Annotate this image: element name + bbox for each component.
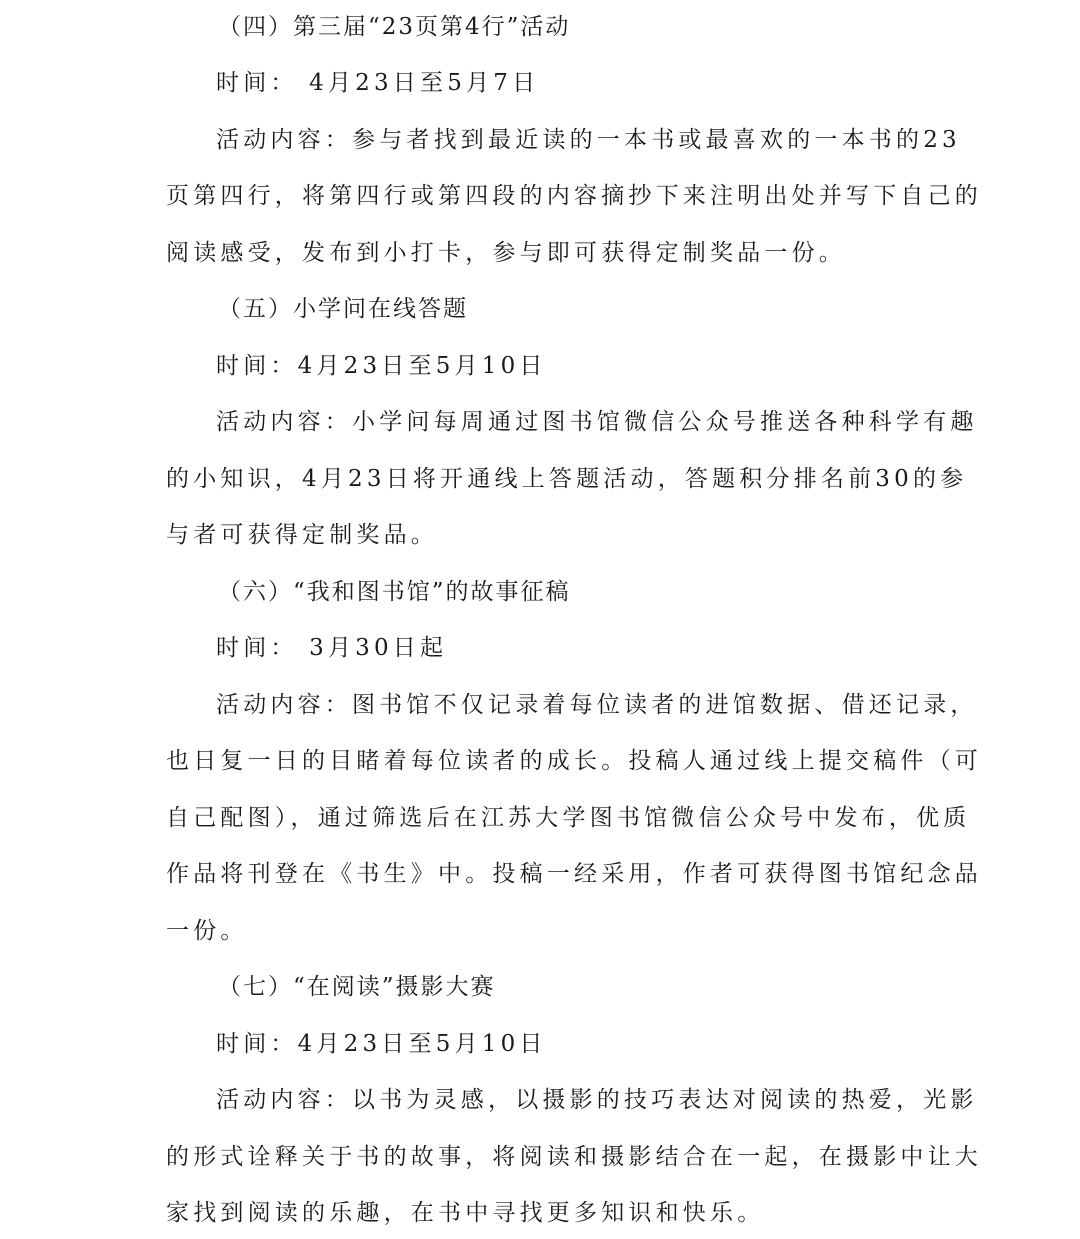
section-content-line: 也日复一日的目睹着每位读者的成长。投稿人通过线上提交稿件（可 xyxy=(166,746,918,776)
section-content-line: 活动内容：以书为灵感，以摄影的技巧表达对阅读的热爱，光影 xyxy=(216,1085,918,1115)
section-heading: （五）小学问在线答题 xyxy=(218,294,468,324)
section-content-line: 页第四行，将第四行或第四段的内容摘抄下来注明出处并写下自己的 xyxy=(166,181,918,211)
section-content-line: 的小知识，4月23日将开通线上答题活动，答题积分排名前30的参 xyxy=(166,464,918,494)
section-content-line: 的形式诠释关于书的故事，将阅读和摄影结合在一起，在摄影中让大 xyxy=(166,1142,918,1172)
section-heading: （六）“我和图书馆”的故事征稿 xyxy=(218,577,571,607)
section-content-line: 活动内容：参与者找到最近读的一本书或最喜欢的一本书的23 xyxy=(216,125,918,155)
section-content-line: 与者可获得定制奖品。 xyxy=(166,520,438,550)
section-content-line: 一份。 xyxy=(166,916,248,946)
section-time: 时间： 3月30日起 xyxy=(216,633,447,663)
section-content-line: 阅读感受，发布到小打卡，参与即可获得定制奖品一份。 xyxy=(166,238,846,268)
section-content-line: 作品将刊登在《书生》中。投稿一经采用，作者可获得图书馆纪念品 xyxy=(166,859,918,889)
section-content-line: 活动内容：图书馆不仅记录着每位读者的进馆数据、借还记录， xyxy=(216,690,918,720)
section-content-line: 活动内容：小学问每周通过图书馆微信公众号推送各种科学有趣 xyxy=(216,407,918,437)
section-heading: （七）“在阅读”摄影大赛 xyxy=(218,972,496,1002)
section-time: 时间： 4月23日至5月7日 xyxy=(216,68,539,98)
section-content-line: 家找到阅读的乐趣，在书中寻找更多知识和快乐。 xyxy=(166,1198,764,1228)
section-content-line: 自己配图），通过筛选后在江苏大学图书馆微信公众号中发布，优质 xyxy=(166,803,918,833)
section-time: 时间：4月23日至5月10日 xyxy=(216,1029,547,1059)
document-page: （四）第三届“23页第4行”活动 时间： 4月23日至5月7日 活动内容：参与者… xyxy=(0,0,1080,1239)
section-heading: （四）第三届“23页第4行”活动 xyxy=(218,12,570,42)
section-time: 时间：4月23日至5月10日 xyxy=(216,351,547,381)
